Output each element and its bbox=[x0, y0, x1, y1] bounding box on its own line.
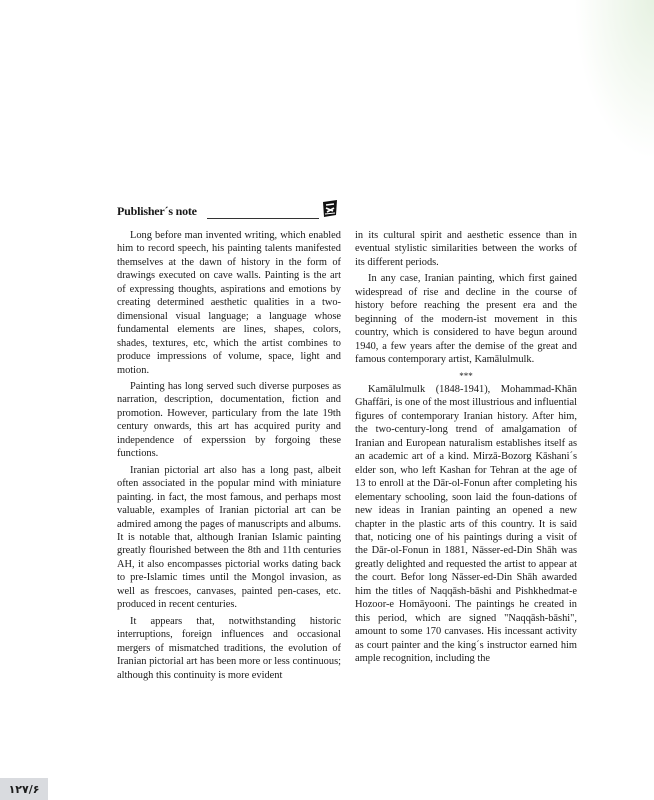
paragraph: Long before man invented writing, which … bbox=[117, 229, 341, 377]
paragraph: in its cultural spirit and aesthetic ess… bbox=[355, 229, 577, 269]
section-header: Publisher´s note bbox=[117, 200, 343, 222]
section-divider: *** bbox=[355, 370, 577, 383]
paragraph: Kamālulmulk (1848-1941), Mohammad-Khān G… bbox=[355, 383, 577, 666]
scan-tint bbox=[574, 0, 654, 160]
paragraph: In any case, Iranian painting, which fir… bbox=[355, 272, 577, 366]
publisher-logo-icon bbox=[322, 200, 338, 218]
right-column: in its cultural spirit and aesthetic ess… bbox=[355, 229, 577, 669]
section-title: Publisher´s note bbox=[117, 204, 197, 219]
paragraph: Painting has long served such diverse pu… bbox=[117, 380, 341, 461]
page-number-label: ۱۲۷/۶ bbox=[0, 778, 48, 800]
paragraph: It appears that, notwithstanding histori… bbox=[117, 615, 341, 682]
left-column: Long before man invented writing, which … bbox=[117, 229, 341, 685]
header-rule bbox=[207, 218, 319, 219]
paragraph: Iranian pictorial art also has a long pa… bbox=[117, 464, 341, 612]
